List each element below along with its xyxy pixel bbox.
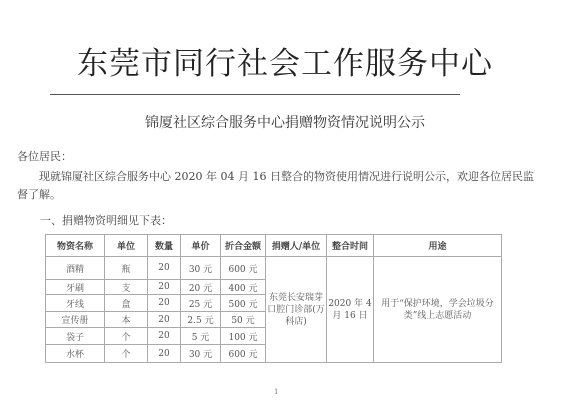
cell-amount: 400 元 bbox=[221, 280, 266, 295]
cell-quantity: 20 bbox=[148, 328, 181, 345]
cell-date: 2020 年 4 月 16 日 bbox=[327, 257, 374, 363]
cell-quantity: 20 bbox=[148, 280, 181, 295]
cell-unit: 个 bbox=[105, 345, 148, 363]
cell-amount: 50 元 bbox=[221, 312, 266, 328]
cell-unit-price: 5 元 bbox=[181, 328, 221, 345]
cell-amount: 100 元 bbox=[221, 328, 266, 345]
cell-amount: 500 元 bbox=[221, 295, 266, 312]
cell-item-name: 袋子 bbox=[46, 328, 105, 345]
cell-unit-price: 30 元 bbox=[181, 257, 221, 280]
cell-quantity: 20 bbox=[148, 312, 181, 328]
col-header-donor: 捐赠人/单位 bbox=[266, 235, 327, 257]
cell-unit: 本 bbox=[105, 312, 148, 328]
cell-item-name: 牙线 bbox=[46, 295, 105, 312]
header-divider bbox=[50, 94, 460, 95]
cell-unit-price: 25 元 bbox=[181, 295, 221, 312]
cell-unit: 盒 bbox=[105, 295, 148, 312]
col-header-unit: 单位 bbox=[105, 235, 148, 257]
cell-purpose: 用于“保护环境，学会垃圾分类”线上志愿活动 bbox=[374, 257, 502, 363]
donations-table: 物资名称 单位 数量 单价 折合金额 捐赠人/单位 整合时间 用途 酒精 瓶 2… bbox=[45, 234, 502, 363]
cell-quantity: 20 bbox=[148, 257, 181, 280]
salutation: 各位居民： bbox=[17, 148, 72, 164]
col-header-date: 整合时间 bbox=[327, 235, 374, 257]
table-header-row: 物资名称 单位 数量 单价 折合金额 捐赠人/单位 整合时间 用途 bbox=[46, 235, 502, 257]
cell-unit-price: 2.5 元 bbox=[181, 312, 221, 328]
cell-quantity: 20 bbox=[148, 345, 181, 363]
cell-item-name: 宣传册 bbox=[46, 312, 105, 328]
organization-title: 东莞市同行社会工作服务中心 bbox=[0, 38, 570, 83]
cell-unit-price: 20 元 bbox=[181, 280, 221, 295]
page-number: 1 bbox=[274, 388, 278, 396]
section-heading: 一、捐赠物资明细见下表： bbox=[40, 212, 172, 228]
table-row: 酒精 瓶 20 30 元 600 元 东莞长安瑞芽口腔门诊部(万科店) 2020… bbox=[46, 257, 502, 280]
cell-item-name: 酒精 bbox=[46, 257, 105, 280]
cell-amount: 600 元 bbox=[221, 345, 266, 363]
document-title: 锦厦社区综合服务中心捐赠物资情况说明公示 bbox=[0, 112, 570, 132]
intro-paragraph: 现就锦厦社区综合服务中心 2020 年 04 月 16 日整合的物资使用情况进行… bbox=[17, 168, 537, 204]
cell-unit: 支 bbox=[105, 280, 148, 295]
cell-donor: 东莞长安瑞芽口腔门诊部(万科店) bbox=[266, 257, 327, 363]
col-header-purpose: 用途 bbox=[374, 235, 502, 257]
col-header-quantity: 数量 bbox=[148, 235, 181, 257]
col-header-amount: 折合金额 bbox=[221, 235, 266, 257]
col-header-item-name: 物资名称 bbox=[46, 235, 105, 257]
cell-quantity: 20 bbox=[148, 295, 181, 312]
cell-unit: 个 bbox=[105, 328, 148, 345]
cell-unit: 瓶 bbox=[105, 257, 148, 280]
cell-item-name: 牙刷 bbox=[46, 280, 105, 295]
col-header-unit-price: 单价 bbox=[181, 235, 221, 257]
cell-item-name: 水杯 bbox=[46, 345, 105, 363]
cell-unit-price: 30 元 bbox=[181, 345, 221, 363]
cell-amount: 600 元 bbox=[221, 257, 266, 280]
